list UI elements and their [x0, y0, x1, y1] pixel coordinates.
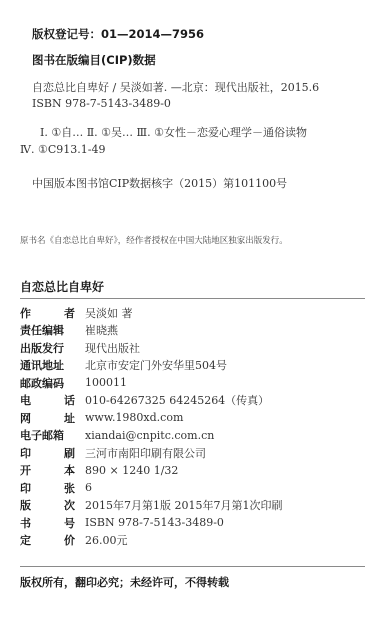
- info-label-part: 开: [20, 462, 31, 478]
- info-label-part: 电: [20, 392, 31, 408]
- cip-isbn: ISBN 978-7-5143-3489-0: [32, 97, 171, 110]
- info-value: www.1980xd.com: [85, 411, 183, 424]
- info-label: 网址: [20, 410, 75, 426]
- info-label-part: 定: [20, 532, 31, 548]
- info-label: 电话: [20, 392, 75, 408]
- info-value: 010-64267325 64245264（传真）: [85, 392, 269, 408]
- info-label-part: 次: [64, 497, 75, 513]
- info-label-part: 邮政编码: [20, 375, 64, 391]
- publication-info: 作者吴淡如 著责任编辑崔晓燕出版发行现代出版社通讯地址北京市安定门外安华里504…: [20, 304, 365, 549]
- info-value: 26.00元: [85, 532, 128, 548]
- info-label: 电子邮箱: [20, 427, 75, 443]
- info-label-part: 者: [64, 305, 75, 321]
- cip-classification-2: Ⅳ. ①C913.1-49: [20, 143, 105, 156]
- info-row: 印张6: [20, 479, 365, 497]
- info-label-part: 电子邮箱: [20, 427, 64, 443]
- info-value: 崔晓燕: [85, 322, 118, 338]
- info-value: 北京市安定门外安华里504号: [85, 357, 227, 373]
- info-label-part: 址: [64, 410, 75, 426]
- info-row: 作者吴淡如 著: [20, 304, 365, 322]
- info-row: 邮政编码100011: [20, 374, 365, 392]
- info-label: 开本: [20, 462, 75, 478]
- info-label: 印张: [20, 480, 75, 496]
- info-row: 版次2015年7月第1版 2015年7月第1次印刷: [20, 497, 365, 515]
- info-label-part: 价: [64, 532, 75, 548]
- info-label-part: 刷: [64, 445, 75, 461]
- info-row: 电话010-64267325 64245264（传真）: [20, 392, 365, 410]
- cip-classification-1: Ⅰ. ①自… Ⅱ. ①吴… Ⅲ. ①女性－恋爱心理学－通俗读物: [40, 124, 307, 140]
- info-label-part: 责任编辑: [20, 322, 64, 338]
- info-label: 版次: [20, 497, 75, 513]
- info-row: 书号ISBN 978-7-5143-3489-0: [20, 514, 365, 532]
- divider-bottom: [20, 566, 365, 567]
- divider-top: [20, 298, 365, 299]
- info-label-part: 印: [20, 480, 31, 496]
- info-row: 通讯地址北京市安定门外安华里504号: [20, 357, 365, 375]
- info-label-part: 书: [20, 515, 31, 531]
- info-label: 书号: [20, 515, 75, 531]
- info-label-part: 话: [64, 392, 75, 408]
- cip-heading: 图书在版编目(CIP)数据: [32, 52, 156, 68]
- info-value: 现代出版社: [85, 340, 140, 356]
- info-label: 定价: [20, 532, 75, 548]
- info-label: 通讯地址: [20, 357, 75, 373]
- info-row: 责任编辑崔晓燕: [20, 322, 365, 340]
- copyright-registration: 版权登记号：01—2014—7956: [32, 26, 204, 42]
- info-label-part: 出版发行: [20, 340, 64, 356]
- info-row: 出版发行现代出版社: [20, 339, 365, 357]
- info-label-part: 印: [20, 445, 31, 461]
- rights-notice: 版权所有，翻印必究；未经许可，不得转载: [20, 574, 229, 590]
- info-label: 印刷: [20, 445, 75, 461]
- info-label: 作者: [20, 305, 75, 321]
- info-value: 2015年7月第1版 2015年7月第1次印刷: [85, 497, 282, 513]
- cip-record: 自恋总比自卑好 / 吴淡如著. —北京：现代出版社，2015.6: [32, 79, 319, 95]
- info-label-part: 作: [20, 305, 31, 321]
- info-label-part: 通讯地址: [20, 357, 64, 373]
- info-label-part: 张: [64, 480, 75, 496]
- original-title-note: 原书名《自恋总比自卑好》，经作者授权在中国大陆地区独家出版发行。: [20, 234, 288, 246]
- info-label-part: 版: [20, 497, 31, 513]
- info-label-part: 号: [64, 515, 75, 531]
- info-row: 电子邮箱xiandai@cnpitc.com.cn: [20, 427, 365, 445]
- info-value: ISBN 978-7-5143-3489-0: [85, 516, 224, 529]
- info-label: 责任编辑: [20, 322, 75, 338]
- info-value: 吴淡如 著: [85, 305, 133, 321]
- info-row: 定价26.00元: [20, 532, 365, 550]
- book-title: 自恋总比自卑好: [20, 278, 104, 295]
- info-label-part: 网: [20, 410, 31, 426]
- info-value: 890 × 1240 1/32: [85, 464, 178, 477]
- info-value: 三河市南阳印刷有限公司: [85, 445, 206, 461]
- info-value: 100011: [85, 376, 127, 389]
- info-row: 印刷三河市南阳印刷有限公司: [20, 444, 365, 462]
- cip-number: 中国版本图书馆CIP数据核字（2015）第101100号: [32, 175, 287, 191]
- info-value: 6: [85, 481, 92, 494]
- info-label: 出版发行: [20, 340, 75, 356]
- info-row: 网址www.1980xd.com: [20, 409, 365, 427]
- info-label-part: 本: [64, 462, 75, 478]
- info-row: 开本890 × 1240 1/32: [20, 462, 365, 480]
- info-label: 邮政编码: [20, 375, 75, 391]
- info-value: xiandai@cnpitc.com.cn: [85, 429, 214, 442]
